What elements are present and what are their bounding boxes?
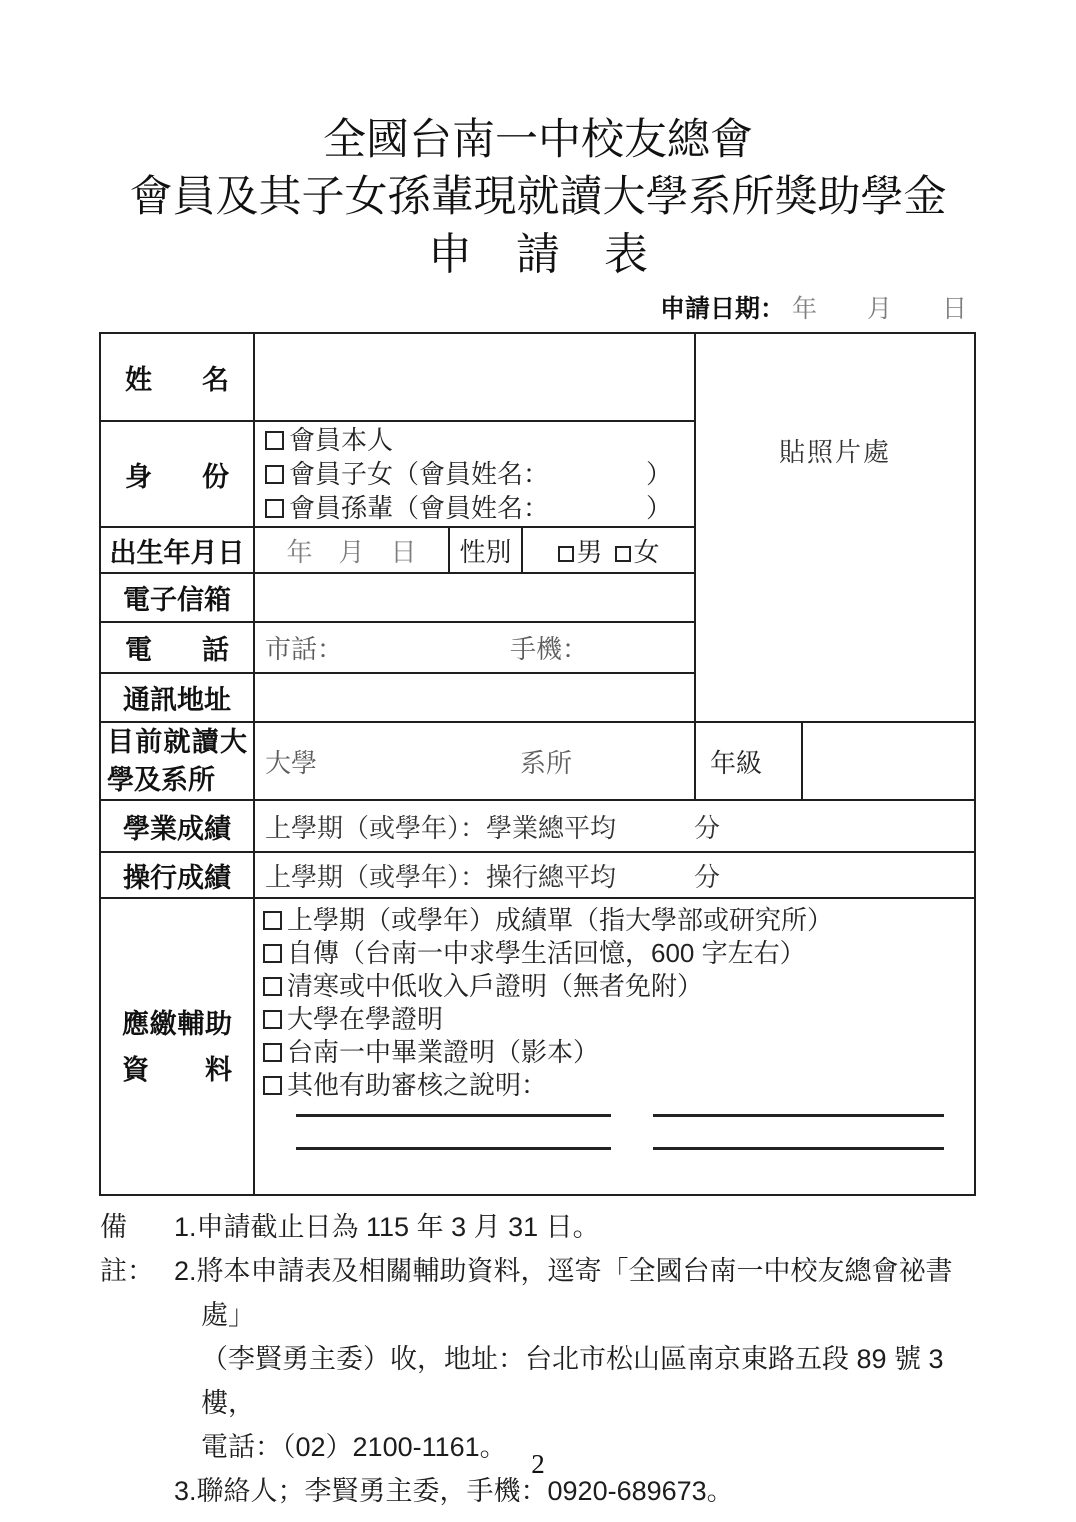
document-item-label: 上學期（或學年）成績單（指大學部或研究所）: [287, 904, 833, 937]
identity-label-cell: 身份: [100, 421, 254, 527]
photo-area-label: 貼照片處: [779, 437, 891, 467]
document-item-transcript: 上學期（或學年）成績單（指大學部或研究所）: [263, 904, 974, 937]
document-item-label: 台南一中畢業證明（影本）: [287, 1036, 599, 1069]
academic-score-text: 上學期（或學年）：學業總平均: [265, 813, 616, 843]
identity-option-label: 會員孫輩（會員姓名：: [289, 491, 549, 525]
name-label: 姓名: [125, 358, 229, 397]
page-title: 全國台南一中校友總會: [0, 112, 1076, 169]
checkbox-member-child[interactable]: [265, 465, 284, 484]
document-item-low-income-cert: 清寒或中低收入戶證明（無者免附）: [263, 970, 974, 1003]
conduct-score-label: 操行成績: [123, 863, 231, 893]
member-name-close-paren: ）: [646, 457, 684, 491]
checkbox-member-grandchild[interactable]: [265, 499, 284, 518]
checkbox-low-income-cert[interactable]: [263, 977, 282, 996]
page-subtitle: 會員及其子女孫輩現就讀大學系所獎助學金: [0, 169, 1076, 226]
title-block: 全國台南一中校友總會 會員及其子女孫輩現就讀大學系所獎助學金 申 請 表: [0, 0, 1076, 283]
note-deadline: 1.申請截止日為 115 年 3 月 31 日。: [174, 1205, 1000, 1249]
identity-option-member-grandchild: 會員孫輩（會員姓名： ）: [265, 491, 684, 525]
email-label: 電子信箱: [123, 585, 231, 615]
checkbox-male[interactable]: [558, 546, 574, 562]
identity-option-label: 會員本人: [289, 423, 393, 457]
identity-label: 身份: [125, 455, 229, 494]
identity-option-label: 會員子女（會員姓名：: [289, 457, 549, 491]
documents-label-cell: 應繳輔助資料: [100, 898, 254, 1195]
application-date-line: 申請日期： 年 月 日: [100, 289, 975, 325]
document-item-label: 清寒或中低收入戶證明（無者免附）: [287, 970, 703, 1003]
checkbox-autobiography[interactable]: [263, 944, 282, 963]
conduct-score-input-cell[interactable]: 上學期（或學年）：操行總平均分: [254, 852, 975, 898]
fill-in-line[interactable]: [653, 1135, 944, 1150]
document-item-label: 自傳（台南一中求學生活回憶，600 字左右）: [287, 937, 806, 970]
gender-label-cell: 性別: [449, 527, 522, 573]
mobile-label: 手機：: [510, 634, 588, 664]
academic-score-unit: 分: [694, 813, 720, 843]
application-form-page: 全國台南一中校友總會 會員及其子女孫輩現就讀大學系所獎助學金 申 請 表 申請日…: [0, 0, 1076, 1522]
birthdate-label: 出生年月日: [110, 538, 245, 568]
fill-in-line[interactable]: [296, 1102, 611, 1117]
conduct-score-text: 上學期（或學年）：操行總平均: [265, 862, 616, 892]
checkbox-other[interactable]: [263, 1076, 282, 1095]
academic-score-label: 學業成績: [123, 814, 231, 844]
document-item-enrollment-cert: 大學在學證明: [263, 1003, 974, 1036]
university-label: 大學: [265, 743, 520, 780]
address-input-cell[interactable]: [254, 673, 695, 722]
birthdate-label-cell: 出生年月日: [100, 527, 254, 573]
gender-label: 性別: [459, 537, 511, 567]
document-item-other: 其他有助審核之說明：: [263, 1069, 974, 1102]
identity-option-member-child: 會員子女（會員姓名： ）: [265, 457, 684, 491]
fill-in-line[interactable]: [296, 1135, 611, 1150]
male-label: 男: [577, 537, 603, 567]
member-name-close-paren: ）: [646, 491, 684, 525]
application-date-placeholder[interactable]: 年 月 日: [792, 295, 967, 323]
email-input-cell[interactable]: [254, 573, 695, 622]
checkbox-enrollment-cert[interactable]: [263, 1010, 282, 1029]
checkbox-transcript[interactable]: [263, 911, 282, 930]
birthdate-input-cell[interactable]: 年 月 日: [254, 527, 449, 573]
grade-label-cell: 年級: [695, 722, 802, 800]
name-input-cell[interactable]: [254, 333, 695, 421]
document-item-autobiography: 自傳（台南一中求學生活回憶，600 字左右）: [263, 937, 974, 970]
document-item-label: 大學在學證明: [287, 1003, 443, 1036]
name-label-cell: 姓名: [100, 333, 254, 421]
documents-label: 應繳輔助資料: [122, 1001, 232, 1093]
checkbox-member-self[interactable]: [265, 431, 284, 450]
phone-label-cell: 電話: [100, 622, 254, 673]
gender-options-cell: 男女: [522, 527, 695, 573]
email-label-cell: 電子信箱: [100, 573, 254, 622]
identity-options-cell: 會員本人 會員子女（會員姓名： ） 會員孫輩（會員姓名： ）: [254, 421, 695, 527]
landline-label: 市話：: [265, 629, 510, 666]
grade-input-cell[interactable]: [802, 722, 975, 800]
checkbox-female[interactable]: [615, 546, 631, 562]
documents-checklist-cell: 上學期（或學年）成績單（指大學部或研究所） 自傳（台南一中求學生活回憶，600 …: [254, 898, 975, 1195]
other-description-row-2: [296, 1135, 944, 1150]
other-description-row-1: [296, 1102, 944, 1117]
document-item-diploma-copy: 台南一中畢業證明（影本）: [263, 1036, 974, 1069]
academic-score-input-cell[interactable]: 上學期（或學年）：學業總平均分: [254, 800, 975, 852]
school-input-cell[interactable]: 大學系所: [254, 722, 695, 800]
grade-label: 年級: [710, 748, 762, 778]
checkbox-diploma-copy[interactable]: [263, 1043, 282, 1062]
page-number: 2: [0, 1449, 1076, 1480]
phone-input-cell[interactable]: 市話：手機：: [254, 622, 695, 673]
address-label-cell: 通訊地址: [100, 673, 254, 722]
department-label: 系所: [520, 748, 572, 778]
phone-label: 電話: [125, 628, 229, 667]
conduct-score-unit: 分: [694, 862, 720, 892]
school-label: 目前就讀大學及系所: [107, 723, 247, 799]
note-mailing-address: 2.將本申請表及相關輔助資料，逕寄「全國台南一中校友總會祕書處」 （李賢勇主委）…: [174, 1249, 1000, 1469]
school-label-cell: 目前就讀大學及系所: [100, 722, 254, 800]
form-title: 申 請 表: [0, 226, 1076, 283]
conduct-label-cell: 操行成績: [100, 852, 254, 898]
identity-option-member-self: 會員本人: [265, 423, 684, 457]
photo-area[interactable]: 貼照片處: [695, 333, 975, 722]
application-form-table: 姓名 貼照片處 身份 會員本人 會員子女（會員姓名： ）: [99, 332, 976, 1196]
fill-in-line[interactable]: [653, 1102, 944, 1117]
application-date-label: 申請日期：: [660, 295, 785, 323]
academic-label-cell: 學業成績: [100, 800, 254, 852]
female-label: 女: [634, 537, 660, 567]
address-label: 通訊地址: [123, 685, 231, 715]
document-item-label: 其他有助審核之說明：: [287, 1069, 547, 1102]
